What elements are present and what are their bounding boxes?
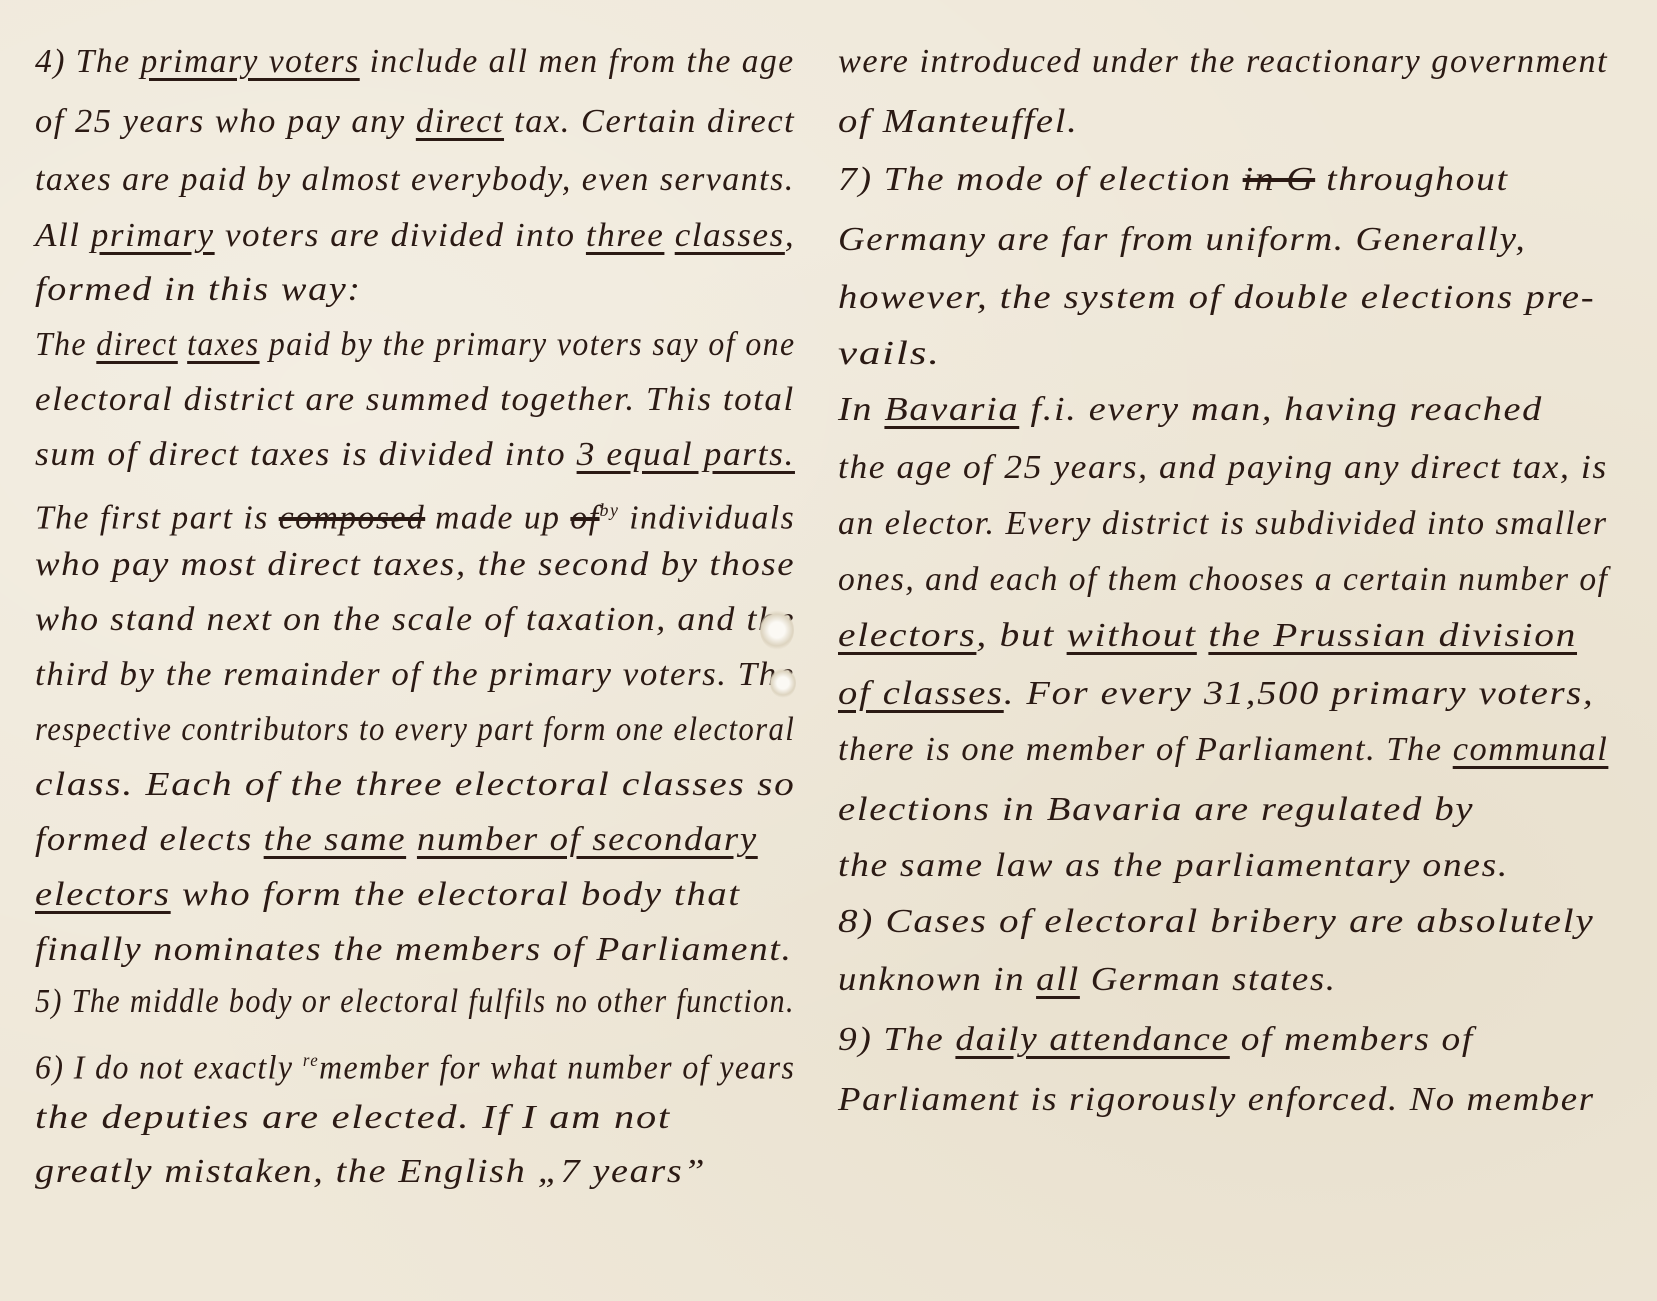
- text-run: The first part is: [35, 499, 279, 536]
- manuscript-line: electors who form the electoral body tha…: [35, 875, 741, 915]
- text-run: 6) I do not exactly: [35, 1049, 303, 1086]
- text-run: elections in Bavaria are regulated by: [838, 791, 1474, 828]
- manuscript-line: ones, and each of them chooses a certain…: [838, 560, 1608, 600]
- manuscript-line: electors, but without the Prussian divis…: [838, 616, 1577, 656]
- manuscript-line: of 25 years who pay any direct tax. Cert…: [35, 102, 795, 142]
- struck-out-text: of: [570, 499, 599, 536]
- text-run: The: [35, 326, 96, 363]
- underlined-text: without: [1067, 617, 1197, 654]
- manuscript-line: 7) The mode of election in G throughout: [838, 160, 1509, 200]
- text-run: member for what number of years: [319, 1049, 795, 1086]
- manuscript-line: there is one member of Parliament. The c…: [838, 730, 1608, 770]
- manuscript-line: third by the remainder of the primary vo…: [35, 655, 795, 695]
- text-run: were introduced under the reactionary go…: [838, 43, 1608, 80]
- text-run: of members of: [1230, 1021, 1474, 1058]
- text-run: finally nominates the members of Parliam…: [35, 931, 792, 968]
- text-run: who form the electoral body that: [171, 876, 741, 913]
- manuscript-line: sum of direct taxes is divided into 3 eq…: [35, 435, 795, 475]
- text-run: include all men from the age: [360, 43, 795, 80]
- manuscript-line: the deputies are elected. If I am not: [35, 1098, 671, 1138]
- text-run: voters are divided into: [215, 217, 586, 254]
- text-run: respective contributors to every part fo…: [35, 711, 795, 748]
- underlined-text: all: [1036, 961, 1080, 998]
- text-run: there is one member of Parliament. The: [838, 731, 1453, 768]
- manuscript-line: who stand next on the scale of taxation,…: [35, 600, 795, 640]
- underlined-text: daily attendance: [955, 1021, 1229, 1058]
- underlined-text: electors: [838, 617, 976, 654]
- underlined-text: 3 equal parts.: [577, 436, 795, 473]
- underlined-text: communal: [1453, 731, 1609, 768]
- interlinear-insertion: by: [600, 500, 620, 520]
- manuscript-line: The direct taxes paid by the primary vot…: [35, 325, 795, 365]
- manuscript-line: The first part is composed made up ofby …: [35, 490, 795, 538]
- text-run: third by the remainder of the primary vo…: [35, 656, 795, 693]
- text-run: of Manteuffel.: [838, 103, 1079, 140]
- manuscript-line: 5) The middle body or electoral fulfils …: [35, 982, 795, 1022]
- text-run: an elector. Every district is subdivided…: [838, 505, 1608, 542]
- text-run: [178, 326, 187, 363]
- manuscript-line: All primary voters are divided into thre…: [35, 216, 795, 256]
- text-run: 9) The: [838, 1021, 955, 1058]
- text-run: . For every 31,500 primary voters,: [1004, 675, 1595, 712]
- underlined-text: taxes: [187, 326, 259, 363]
- manuscript-line: vails.: [838, 334, 941, 374]
- underlined-text: three: [586, 217, 664, 254]
- text-run: class. Each of the three electoral class…: [35, 766, 796, 803]
- manuscript-line: formed in this way:: [35, 270, 362, 310]
- text-run: sum of direct taxes is divided into: [35, 436, 577, 473]
- underlined-text: direct: [96, 326, 177, 363]
- text-run: of 25 years who pay any: [35, 103, 416, 140]
- manuscript-line: In Bavaria f.i. every man, having reache…: [838, 390, 1543, 430]
- struck-out-text: composed: [279, 499, 425, 536]
- text-run: German states.: [1080, 961, 1337, 998]
- manuscript-line: Germany are far from uniform. Generally,: [838, 220, 1526, 260]
- left-page: 4) The primary voters include all men fr…: [0, 0, 828, 1301]
- manuscript-line: formed elects the same number of seconda…: [35, 820, 758, 860]
- manuscript-line: were introduced under the reactionary go…: [838, 42, 1608, 82]
- underlined-text: of classes: [838, 675, 1004, 712]
- manuscript-line: greatly mistaken, the English „7 years”: [35, 1152, 706, 1192]
- manuscript-line: of classes. For every 31,500 primary vot…: [838, 674, 1594, 714]
- manuscript-line: however, the system of double elections …: [838, 278, 1595, 318]
- text-run: tax. Certain direct: [504, 103, 795, 140]
- manuscript-line: 6) I do not exactly remember for what nu…: [35, 1040, 795, 1088]
- manuscript-line: 8) Cases of electoral bribery are absolu…: [838, 902, 1594, 942]
- text-run: the deputies are elected. If I am not: [35, 1099, 671, 1136]
- manuscript-line: taxes are paid by almost everybody, even…: [35, 160, 795, 200]
- text-run: In: [838, 391, 884, 428]
- text-run: ones, and each of them chooses a certain…: [838, 561, 1608, 598]
- text-run: taxes are paid by almost everybody, even…: [35, 161, 795, 198]
- text-run: vails.: [838, 335, 941, 372]
- right-page: were introduced under the reactionary go…: [828, 0, 1657, 1301]
- manuscript-line: the age of 25 years, and paying any dire…: [838, 448, 1608, 488]
- text-run: formed in this way:: [35, 271, 362, 308]
- manuscript-line: unknown in all German states.: [838, 960, 1337, 1000]
- text-run: 7) The mode of election: [838, 161, 1243, 198]
- paper-hole-mark: [760, 610, 794, 650]
- manuscript-line: finally nominates the members of Parliam…: [35, 930, 792, 970]
- underlined-text: classes: [675, 217, 785, 254]
- manuscript-line: elections in Bavaria are regulated by: [838, 790, 1474, 830]
- text-run: made up: [425, 499, 570, 536]
- manuscript-line: of Manteuffel.: [838, 102, 1079, 142]
- manuscript-line: 9) The daily attendance of members of: [838, 1020, 1474, 1060]
- text-run: the same law as the parliamentary ones.: [838, 847, 1509, 884]
- text-run: 8) Cases of electoral bribery are absolu…: [838, 903, 1594, 940]
- text-run: [406, 821, 417, 858]
- underlined-text: primary voters: [140, 43, 359, 80]
- underlined-text: direct: [416, 103, 504, 140]
- text-run: however, the system of double elections …: [838, 279, 1595, 316]
- text-run: electoral district are summed together. …: [35, 381, 795, 418]
- paper-hole-mark: [770, 668, 796, 698]
- text-run: ,: [785, 217, 795, 254]
- text-run: All: [35, 217, 91, 254]
- text-run: paid by the primary voters say of one: [260, 326, 796, 363]
- text-run: [664, 217, 674, 254]
- manuscript-line: 4) The primary voters include all men fr…: [35, 42, 795, 82]
- text-run: , but: [976, 617, 1066, 654]
- text-run: throughout: [1315, 161, 1509, 198]
- text-run: f.i. every man, having reached: [1019, 391, 1543, 428]
- struck-out-text: in G: [1243, 161, 1316, 198]
- manuscript-line: an elector. Every district is subdivided…: [838, 504, 1608, 544]
- manuscript-line: who pay most direct taxes, the second by…: [35, 545, 795, 585]
- text-run: [1197, 617, 1209, 654]
- manuscript-line: Parliament is rigorously enforced. No me…: [838, 1080, 1595, 1120]
- underlined-text: number of secondary: [417, 821, 758, 858]
- text-run: individuals: [619, 499, 795, 536]
- underlined-text: electors: [35, 876, 171, 913]
- text-run: who stand next on the scale of taxation,…: [35, 601, 795, 638]
- text-run: who pay most direct taxes, the second by…: [35, 546, 795, 583]
- text-run: 5) The middle body or electoral fulfils …: [35, 983, 795, 1020]
- text-run: unknown in: [838, 961, 1036, 998]
- text-run: formed elects: [35, 821, 264, 858]
- underlined-text: Bavaria: [884, 391, 1019, 428]
- text-run: Parliament is rigorously enforced. No me…: [838, 1081, 1595, 1118]
- interlinear-insertion: re: [303, 1050, 319, 1070]
- underlined-text: the Prussian division: [1208, 617, 1577, 654]
- manuscript-line: the same law as the parliamentary ones.: [838, 846, 1509, 886]
- underlined-text: the same: [264, 821, 406, 858]
- text-run: the age of 25 years, and paying any dire…: [838, 449, 1608, 486]
- manuscript-line: class. Each of the three electoral class…: [35, 765, 796, 805]
- text-run: greatly mistaken, the English „7 years”: [35, 1153, 706, 1190]
- underlined-text: primary: [91, 217, 215, 254]
- manuscript-line: respective contributors to every part fo…: [35, 710, 795, 750]
- manuscript-line: electoral district are summed together. …: [35, 380, 795, 420]
- text-run: 4) The: [35, 43, 140, 80]
- text-run: Germany are far from uniform. Generally,: [838, 221, 1526, 258]
